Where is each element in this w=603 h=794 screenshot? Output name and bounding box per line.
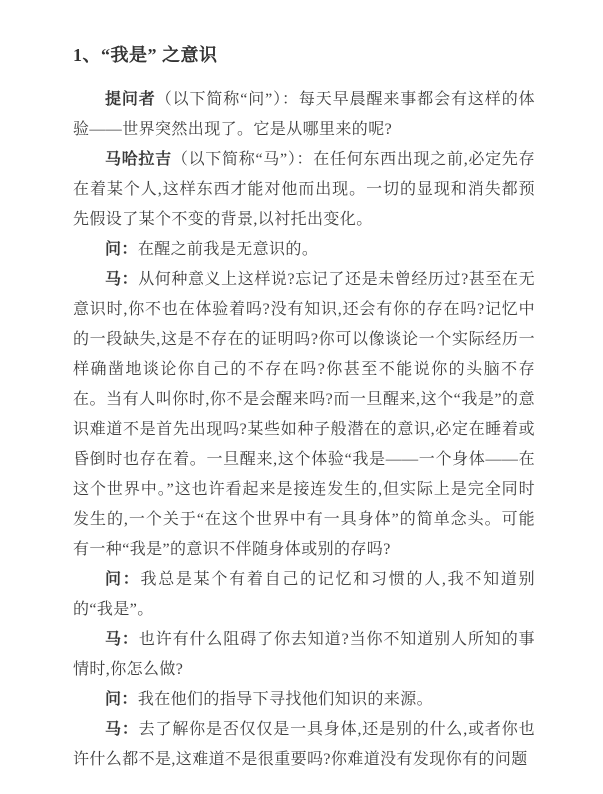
dialogue-paragraph: 问：我在他们的指导下寻找他们知识的来源。	[73, 685, 535, 715]
dialogue-paragraph: 问：我总是某个有着自己的记忆和习惯的人,我不知道别的“我是”。	[73, 565, 535, 625]
dialogue: 提问者（以下简称“问”）：每天早晨醒来事都会有这样的体验——世界突然出现了。它是…	[73, 85, 535, 775]
dialogue-paragraph: 马哈拉吉（以下简称“马”）：在任何东西出现之前,必定先存在着某个人,这样东西才能…	[73, 145, 535, 235]
dialogue-paragraph: 问：在醒之前我是无意识的。	[73, 235, 535, 265]
speaker-label: 问：	[105, 571, 140, 588]
dialogue-paragraph: 马：也许有什么阻碍了你去知道?当你不知道别人所知的事情时,你怎么做?	[73, 625, 535, 685]
speaker-label: 问：	[105, 241, 138, 258]
speaker-label: 马：	[105, 721, 139, 738]
dialogue-paragraph: 马：去了解你是否仅仅是一具身体,还是别的什么,或者你也许什么都不是,这难道不是很…	[73, 715, 535, 775]
dialogue-paragraph: 马：从何种意义上这样说?忘记了还是未曾经历过?甚至在无意识时,你不也在体验着吗?…	[73, 265, 535, 565]
document-content: 1、“我是” 之意识 提问者（以下简称“问”）：每天早晨醒来事都会有这样的体验—…	[73, 44, 535, 775]
speaker-label: 提问者	[105, 91, 156, 108]
speaker-label: 问：	[105, 691, 138, 708]
speaker-label: 马：	[105, 631, 139, 648]
dialogue-paragraph: 提问者（以下简称“问”）：每天早晨醒来事都会有这样的体验——世界突然出现了。它是…	[73, 85, 535, 145]
speaker-label: 马哈拉吉	[105, 151, 172, 168]
document-page: 1、“我是” 之意识 提问者（以下简称“问”）：每天早晨醒来事都会有这样的体验—…	[0, 0, 603, 794]
speaker-label: 马：	[105, 271, 138, 288]
page-title: 1、“我是” 之意识	[73, 44, 535, 66]
